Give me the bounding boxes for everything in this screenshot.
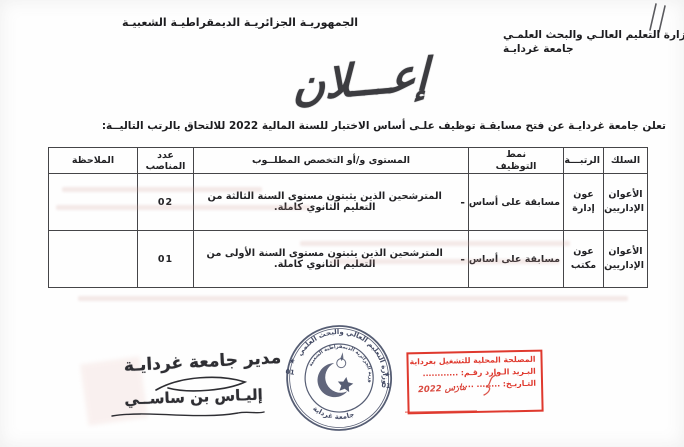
scanned-announcement-page: الجمهوريـة الجزائريـة الديمقراطيـة الشعب… <box>0 0 684 447</box>
header-positions-count: عدد المناصب <box>138 148 194 174</box>
table-row: الأعوان الإداريين عون مكتب مسابقة على أس… <box>49 231 648 288</box>
stamp-bottom-text: جامعة غرداية <box>310 404 356 424</box>
bullet-dash: - <box>460 253 465 266</box>
header-corps: السلك <box>604 148 648 174</box>
announcement-intro-text: تعلن جامعة غردايـة عن فتح مسابقـة توظيف … <box>30 120 666 132</box>
cell-rank: عون مكتب <box>564 231 604 288</box>
bullet-dash: - <box>460 196 465 209</box>
cell-recruitment-mode: مسابقة على أساس الاختبار <box>469 174 564 231</box>
algeria-emblem-icon <box>315 349 357 399</box>
header-note: الملاحظة <box>49 148 138 174</box>
table-header-row: السلك الرتبـــة نمط التوظيف المستوى و/أو… <box>49 148 648 174</box>
requirement-text: المترشحين الذين يثبتون مستوى السنة الأول… <box>197 248 452 270</box>
university-round-stamp: وزارة التعليم العالي والبحث العلمي الجمه… <box>273 314 406 443</box>
cell-note <box>49 231 138 288</box>
vacancies-table: السلك الرتبـــة نمط التوظيف المستوى و/أو… <box>48 147 648 288</box>
ministry-header-line: وزارة التعليم العالـي والبحث العلمـي <box>503 29 684 41</box>
cell-corps: الأعوان الإداريين <box>604 174 648 231</box>
stamp-number-right: 01 <box>381 381 392 390</box>
cell-recruitment-mode: مسابقة على أساس الاختبار <box>469 231 564 288</box>
signature-underline <box>108 408 268 422</box>
red-handwritten-scribble <box>478 372 504 398</box>
signature-title: مدير جامعة غردايـة <box>100 347 306 378</box>
svg-text:★: ★ <box>384 370 391 379</box>
cell-positions-count: 01 <box>138 231 194 288</box>
republic-header-line: الجمهوريـة الجزائريـة الديمقراطيـة الشعب… <box>0 16 480 29</box>
svg-text:جامعة غرداية: جامعة غرداية <box>310 404 356 424</box>
header-rank: الرتبـــة <box>564 148 604 174</box>
cell-rank: عون إدارة <box>564 174 604 231</box>
svg-text:★: ★ <box>288 357 295 366</box>
announcement-title-calligraphy: إعـــلان <box>248 45 473 125</box>
cell-note <box>49 174 138 231</box>
requirement-text: المترشحين الذين يثبتون مستوى السنة الثال… <box>197 191 452 213</box>
cell-corps: الأعوان الإداريين <box>604 231 648 288</box>
red-registry-stamp: المصلحة المحلية للتشغيل بغرداية البـريد … <box>406 350 543 415</box>
stamp-number-left: 01 <box>285 368 296 377</box>
cell-required-level: - المترشحين الذين يثبتون مستوى السنة الث… <box>194 174 469 231</box>
cell-positions-count: 02 <box>138 174 194 231</box>
header-recruitment-mode: نمط التوظيف <box>469 148 564 174</box>
table-row: الأعوان الإداريين عون إدارة مسابقة على أ… <box>49 174 648 231</box>
university-header-line: جامعة غردايـة <box>503 43 574 55</box>
header-required-level: المستوى و/أو التخصص المطلــوب <box>194 148 469 174</box>
cell-required-level: - المترشحين الذين يثبتون مستوى السنة الأ… <box>194 231 469 288</box>
svg-text:وزارة التعليم العالي والبحث ال: وزارة التعليم العالي والبحث العلمي <box>293 322 396 385</box>
stamp-outer-text: وزارة التعليم العالي والبحث العلمي <box>293 322 396 385</box>
bleed-through-artifact <box>78 296 628 301</box>
